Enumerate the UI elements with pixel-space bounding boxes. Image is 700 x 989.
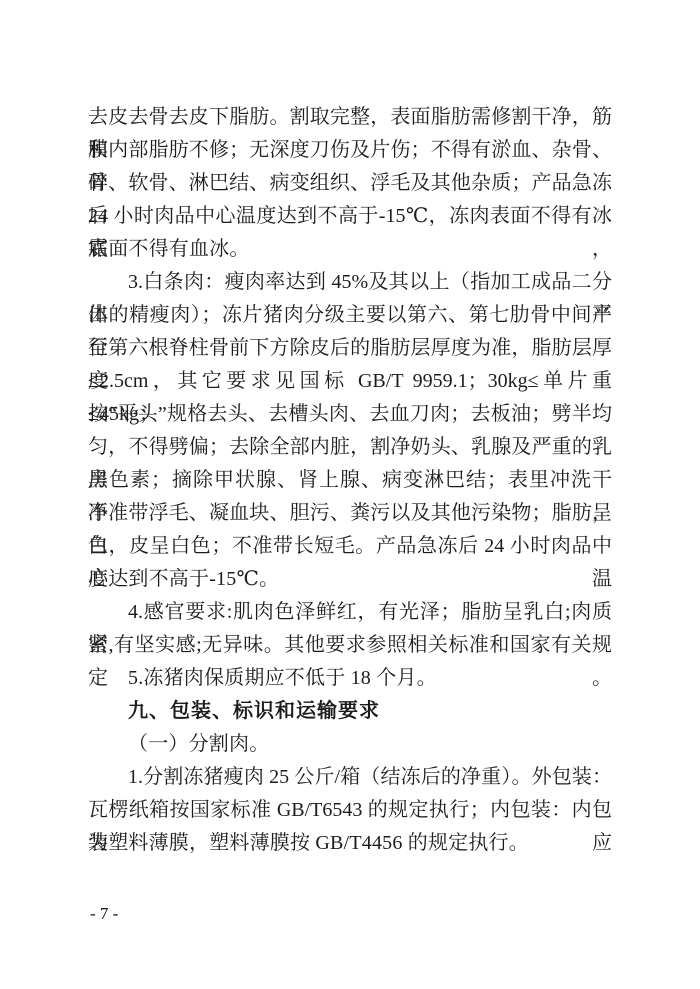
- text-line: 3.白条肉：瘦肉率达到 45%及其以上（指加工成品二分体产: [88, 266, 612, 299]
- page-number: - 7 -: [90, 903, 118, 925]
- document-page: 去皮去骨去皮下脂肪。割取完整，表面脂肪需修割干净，筋膜和内部脂肪不修；无深度刀伤…: [0, 0, 700, 989]
- text-line: 骨、软骨、淋巴结、病变组织、浮毛及其他杂质；产品急冻后: [88, 167, 612, 200]
- section-heading: 九、包装、标识和运输要求: [88, 695, 612, 728]
- text-line: 和内部脂肪不修；无深度刀伤及片伤；不得有淤血、杂骨、碎: [88, 134, 612, 167]
- text-line: 4.感官要求:肌肉色泽鲜红，有光泽；脂肪呈乳白;肉质紧: [88, 596, 612, 629]
- text-line: 1.分割冻猪瘦肉 25 公斤/箱（结冻后的净重）。外包装：: [88, 761, 612, 794]
- document-body: 去皮去骨去皮下脂肪。割取完整，表面脂肪需修割干净，筋膜和内部脂肪不修；无深度刀伤…: [88, 101, 612, 860]
- text-line: 出的精瘦肉）；冻片猪肉分级主要以第六、第七肋骨中间平行: [88, 299, 612, 332]
- text-line: 匀，不得劈偏；去除全部内脏，割净奶头、乳腺及严重的乳房: [88, 431, 612, 464]
- text-line: 去皮去骨去皮下脂肪。割取完整，表面脂肪需修割干净，筋膜: [88, 101, 612, 134]
- text-line: 不准带浮毛、凝血块、胆污、粪污以及其他污染物；脂肪呈白: [88, 497, 612, 530]
- text-line: 至第六根脊柱骨前下方除皮后的脂肪层厚度为准，脂肪层厚度: [88, 332, 612, 365]
- text-line: 密,有坚实感;无异味。其他要求参照相关标准和国家有关规定。: [88, 629, 612, 662]
- text-line: 色，皮呈白色；不准带长短毛。产品急冻后 24 小时肉品中心温: [88, 530, 612, 563]
- text-line: 按“平头”规格去头、去槽头肉、去血刀肉；去板油；劈半均: [88, 398, 612, 431]
- text-line: （一）分割肉。: [88, 728, 612, 761]
- text-line: 瓦楞纸箱按国家标准 GB/T6543 的规定执行；内包装：内包装应: [88, 794, 612, 827]
- text-line: 24 小时肉品中心温度达到不高于-15℃，冻肉表面不得有冰霜，: [88, 200, 612, 233]
- text-line: ≤2.5cm，其它要求见国标 GB/T 9959.1；30kg≤单片重≤45kg…: [88, 365, 612, 398]
- text-line: 黑色素；摘除甲状腺、肾上腺、病变淋巴结；表里冲洗干净，: [88, 464, 612, 497]
